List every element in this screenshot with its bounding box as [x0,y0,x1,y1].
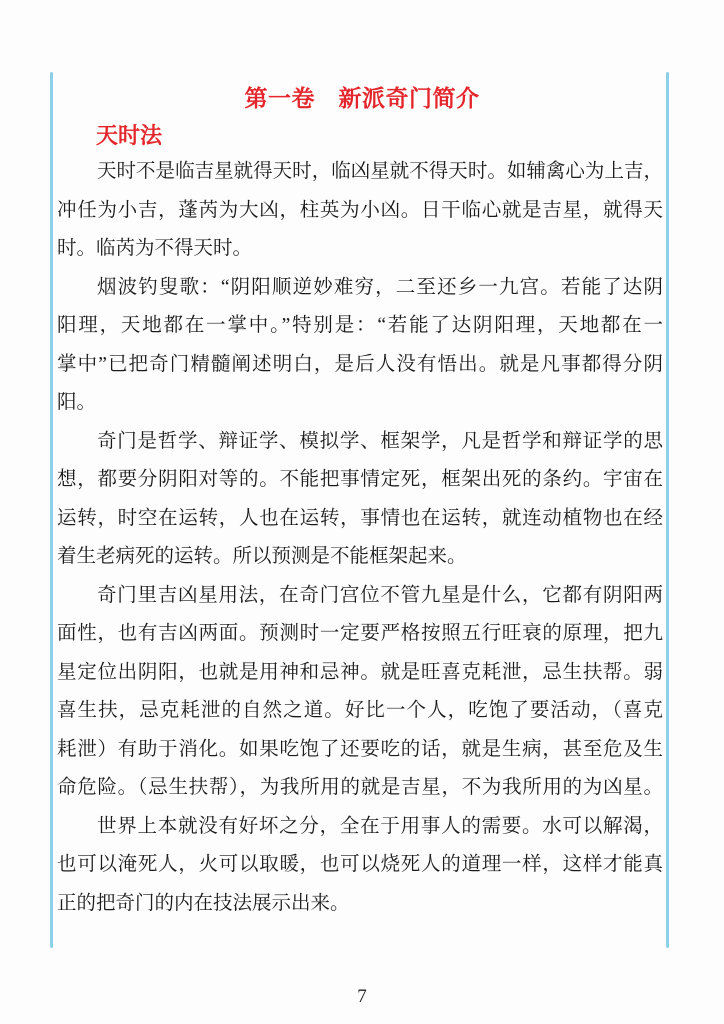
paragraph: 奇门里吉凶星用法，在奇门宫位不管九星是什么，它都有阴阳两面性，也有吉凶两面。预测… [57,577,663,808]
body-text: 天时不是临吉星就得天时，临凶星就不得天时。如辅禽心为上吉，冲任为小吉，蓬芮为大凶… [57,153,663,923]
text-line: 阳理，天地都在一掌中。”特别是：“若能了达阴阳理，天地都在一 [57,307,663,346]
right-border-line [666,72,669,948]
chapter-title: 第一卷 新派奇门简介 [0,80,724,113]
document-page: 第一卷 新派奇门简介 天时法 天时不是临吉星就得天时，临凶星就不得天时。如辅禽心… [0,0,724,1024]
paragraph: 天时不是临吉星就得天时，临凶星就不得天时。如辅禽心为上吉，冲任为小吉，蓬芮为大凶… [57,153,663,269]
text-line: 想，都要分阴阳对等的。不能把事情定死，框架出死的条约。宇宙在 [57,461,663,500]
text-line: 喜生扶，忌克耗泄的自然之道。好比一个人，吃饱了要活动，（喜克 [57,692,663,731]
text-line: 着生老病死的运转。所以预测是不能框架起来。 [57,538,663,577]
text-line: 世界上本就没有好坏之分，全在于用事人的需要。水可以解渴， [57,808,663,847]
page-number: 7 [0,986,724,1008]
text-line: 阳。 [57,384,663,423]
paragraph: 奇门是哲学、辩证学、模拟学、框架学，凡是哲学和辩证学的思想，都要分阴阳对等的。不… [57,423,663,577]
text-line: 天时不是临吉星就得天时，临凶星就不得天时。如辅禽心为上吉， [57,153,663,192]
text-line: 烟波钓叟歌：“阴阳顺逆妙难穷，二至还乡一九宫。若能了达阴 [57,269,663,308]
text-line: 运转，时空在运转，人也在运转，事情也在运转，就连动植物也在经 [57,500,663,539]
text-line: 奇门是哲学、辩证学、模拟学、框架学，凡是哲学和辩证学的思 [57,423,663,462]
text-line: 命危险。（忌生扶帮），为我所用的就是吉星，不为我所用的为凶星。 [57,769,663,808]
text-line: 星定位出阴阳，也就是用神和忌神。就是旺喜克耗泄，忌生扶帮。弱 [57,654,663,693]
text-line: 正的把奇门的内在技法展示出来。 [57,885,663,924]
text-line: 面性，也有吉凶两面。预测时一定要严格按照五行旺衰的原理，把九 [57,615,663,654]
text-line: 耗泄）有助于消化。如果吃饱了还要吃的话，就是生病，甚至危及生 [57,731,663,770]
section-heading: 天时法 [96,119,162,150]
text-line: 冲任为小吉，蓬芮为大凶，柱英为小凶。日干临心就是吉星，就得天 [57,192,663,231]
paragraph: 烟波钓叟歌：“阴阳顺逆妙难穷，二至还乡一九宫。若能了达阴阳理，天地都在一掌中。”… [57,269,663,423]
text-line: 也可以淹死人，火可以取暖，也可以烧死人的道理一样，这样才能真 [57,846,663,885]
paragraph: 世界上本就没有好坏之分，全在于用事人的需要。水可以解渴，也可以淹死人，火可以取暖… [57,808,663,924]
text-line: 掌中”已把奇门精髓阐述明白，是后人没有悟出。就是凡事都得分阴 [57,346,663,385]
left-border-line [50,72,53,948]
text-line: 奇门里吉凶星用法，在奇门宫位不管九星是什么，它都有阴阳两 [57,577,663,616]
text-line: 时。临芮为不得天时。 [57,230,663,269]
